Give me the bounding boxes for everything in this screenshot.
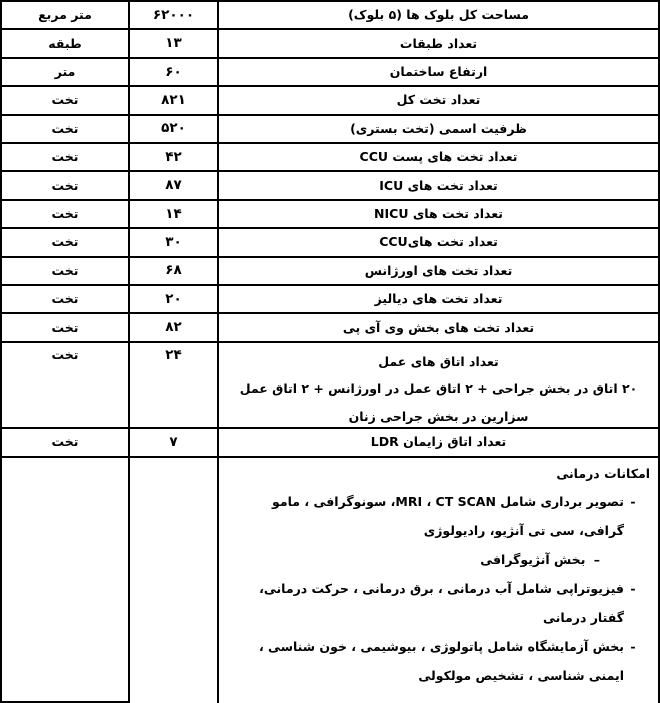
row-label: تعداد تخت های پست CCU [217, 144, 658, 170]
row-value: ۸۲۱ [128, 87, 217, 113]
row-value: ۶۰ [128, 59, 217, 85]
row-label: تعداد تخت های ICU [217, 172, 658, 198]
table-row: ظرفیت اسمی (تخت بستری) ۵۲۰ تخت [2, 116, 658, 144]
row-label: تعداد تخت های NICU [217, 201, 658, 227]
table-row: مساحت کل بلوک ها (۵ بلوک) ۶۲۰۰۰ متر مربع [2, 2, 658, 30]
table-row: تعداد تخت های ICU ۸۷ تخت [2, 172, 658, 200]
row-unit: تخت [2, 144, 128, 170]
table-row: تعداد طبقات ۱۳ طبقه [2, 30, 658, 58]
facility-dash-marker: - [624, 574, 642, 603]
row-value-empty [128, 458, 217, 703]
facility-text: تصویر برداری شامل MRI ، CT SCAN، سونوگرا… [225, 487, 624, 545]
row-value: ۵۲۰ [128, 116, 217, 142]
table-row: تعداد تخت های اورژانس ۶۸ تخت [2, 258, 658, 286]
row-label: تعداد تخت های اورژانس [217, 258, 658, 284]
hospital-spec-table: مساحت کل بلوک ها (۵ بلوک) ۶۲۰۰۰ متر مربع… [0, 0, 660, 703]
row-unit: تخت [2, 172, 128, 198]
row-label: تعداد اتاق زایمان LDR [217, 429, 658, 456]
facility-item: - تصویر برداری شامل MRI ، CT SCAN، سونوگ… [225, 487, 652, 545]
row-unit: متر مربع [2, 2, 128, 28]
row-value: ۱۳ [128, 30, 217, 56]
facility-item: - بخش آزمایشگاه شامل پاتولوژی ، بیوشیمی … [225, 632, 652, 690]
row-unit: طبقه [2, 30, 128, 56]
table-row: تعداد تخت های بخش وی آی پی ۸۲ تخت [2, 314, 658, 342]
row-unit: تخت [2, 201, 128, 227]
row-unit: متر [2, 59, 128, 85]
table-row: تعداد تخت کل ۸۲۱ تخت [2, 87, 658, 115]
facility-item: – بخش آنژیوگرافی [225, 545, 652, 574]
row-value: ۶۲۰۰۰ [128, 2, 217, 28]
facility-item: - فیزیوتراپی شامل آب درمانی ، برق درمانی… [225, 574, 652, 632]
row-unit-empty [2, 458, 128, 703]
table-row-facilities: امکانات درمانی - تصویر برداری شامل MRI ،… [2, 458, 658, 703]
facilities-cell: امکانات درمانی - تصویر برداری شامل MRI ،… [217, 458, 658, 703]
row-value: ۷ [128, 429, 217, 456]
row-unit: تخت [2, 314, 128, 340]
facilities-heading: امکانات درمانی [225, 460, 652, 487]
facility-dash-marker: – [594, 552, 600, 567]
row-label: تعداد تخت هایCCU [217, 229, 658, 255]
row-unit: تخت [2, 87, 128, 113]
row-label: تعداد تخت کل [217, 87, 658, 113]
facility-dash-marker: - [624, 487, 642, 516]
row-label: تعداد تخت های بخش وی آی پی [217, 314, 658, 340]
row-value: ۸۲ [128, 314, 217, 340]
row-label-note: ۲۰ اتاق در بخش جراحی + ۲ اتاق عمل در اور… [219, 375, 658, 427]
table-row-operating-rooms: تعداد اتاق های عمل ۲۰ اتاق در بخش جراحی … [2, 343, 658, 429]
row-label: تعداد اتاق های عمل ۲۰ اتاق در بخش جراحی … [217, 343, 658, 427]
row-unit: تخت [2, 229, 128, 255]
facility-text: بخش آزمایشگاه شامل پاتولوژی ، بیوشیمی ، … [225, 632, 624, 690]
row-label: تعداد تخت های دیالیز [217, 286, 658, 312]
facility-text: بخش آنژیوگرافی [480, 552, 585, 567]
table-row: تعداد اتاق زایمان LDR ۷ تخت [2, 429, 658, 458]
row-label-title: تعداد اتاق های عمل [219, 348, 658, 375]
row-label: ظرفیت اسمی (تخت بستری) [217, 116, 658, 142]
table-row: تعداد تخت هایCCU ۳۰ تخت [2, 229, 658, 257]
row-value: ۸۷ [128, 172, 217, 198]
table-row: تعداد تخت های دیالیز ۲۰ تخت [2, 286, 658, 314]
row-value: ۴۲ [128, 144, 217, 170]
row-unit: تخت [2, 116, 128, 142]
facility-dash-marker: - [624, 632, 642, 661]
table-row: تعداد تخت های NICU ۱۴ تخت [2, 201, 658, 229]
facility-text: فیزیوتراپی شامل آب درمانی ، برق درمانی ،… [225, 574, 624, 632]
row-label: ارتفاع ساختمان [217, 59, 658, 85]
row-unit: تخت [2, 286, 128, 312]
row-unit: تخت [2, 258, 128, 284]
row-value: ۳۰ [128, 229, 217, 255]
row-unit: تخت [2, 429, 128, 456]
row-value: ۶۸ [128, 258, 217, 284]
row-value: ۱۴ [128, 201, 217, 227]
table-row: ارتفاع ساختمان ۶۰ متر [2, 59, 658, 87]
row-label: تعداد طبقات [217, 30, 658, 56]
row-unit: تخت [2, 343, 128, 427]
row-label: مساحت کل بلوک ها (۵ بلوک) [217, 2, 658, 28]
row-value: ۲۰ [128, 286, 217, 312]
row-value: ۲۴ [128, 343, 217, 427]
table-row: تعداد تخت های پست CCU ۴۲ تخت [2, 144, 658, 172]
